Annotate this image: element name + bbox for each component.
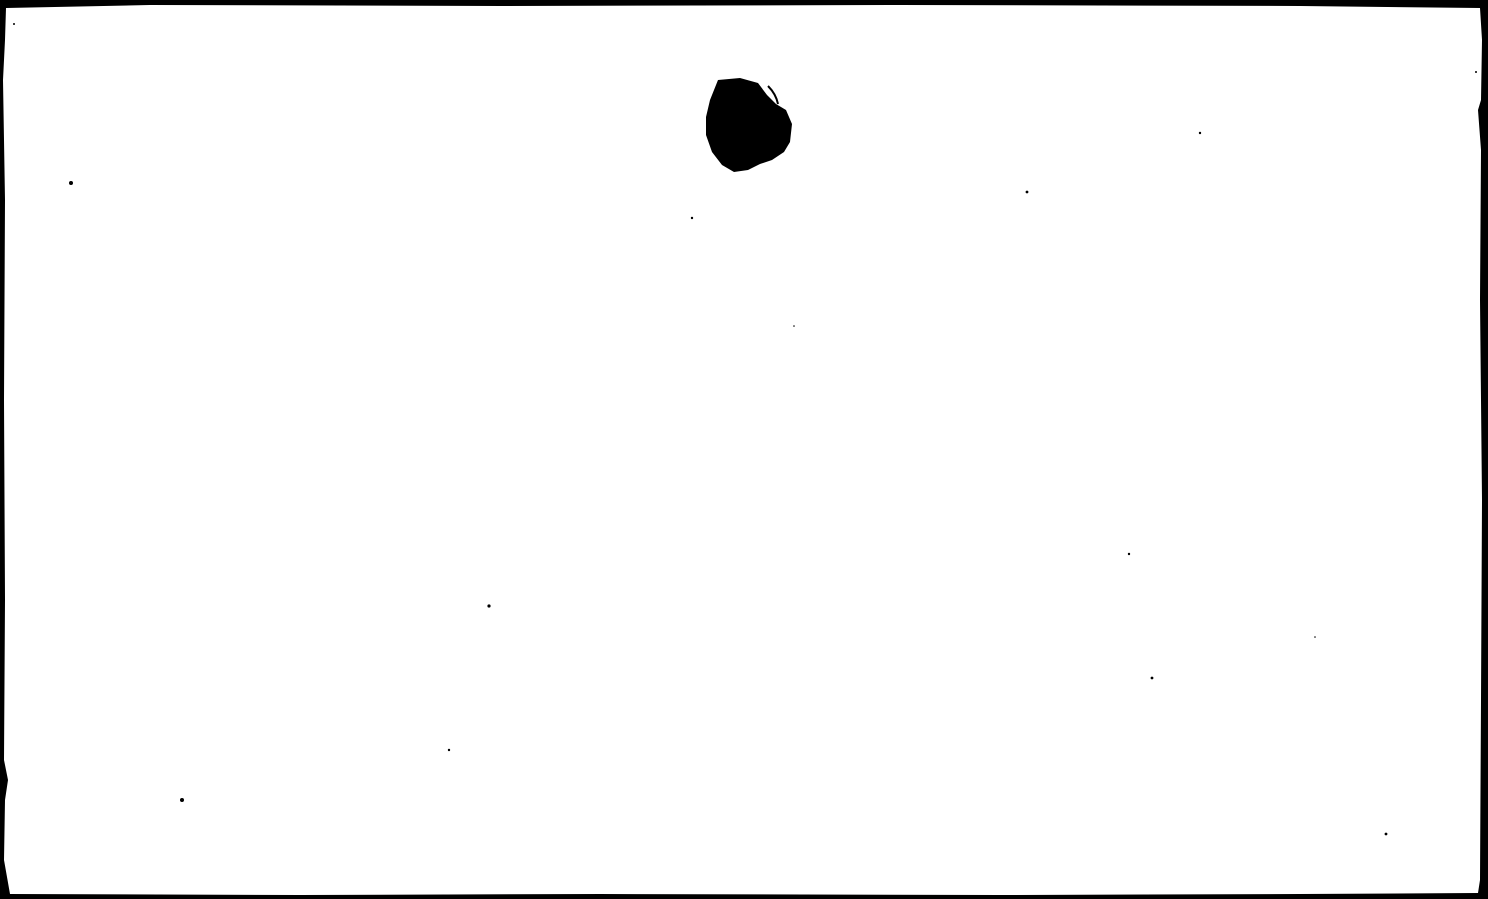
- speck: [1385, 833, 1388, 836]
- speck: [1199, 132, 1201, 134]
- speck: [1151, 677, 1154, 680]
- speck: [1314, 636, 1316, 638]
- scanned-paper: [0, 0, 1488, 899]
- speck: [691, 217, 693, 219]
- speck: [69, 181, 73, 185]
- speck: [487, 604, 490, 607]
- speck: [1475, 71, 1477, 73]
- speck: [1128, 553, 1130, 555]
- speck: [13, 23, 15, 25]
- speck: [793, 325, 795, 327]
- speck: [448, 749, 450, 751]
- speck: [1026, 191, 1029, 194]
- speck: [180, 798, 184, 802]
